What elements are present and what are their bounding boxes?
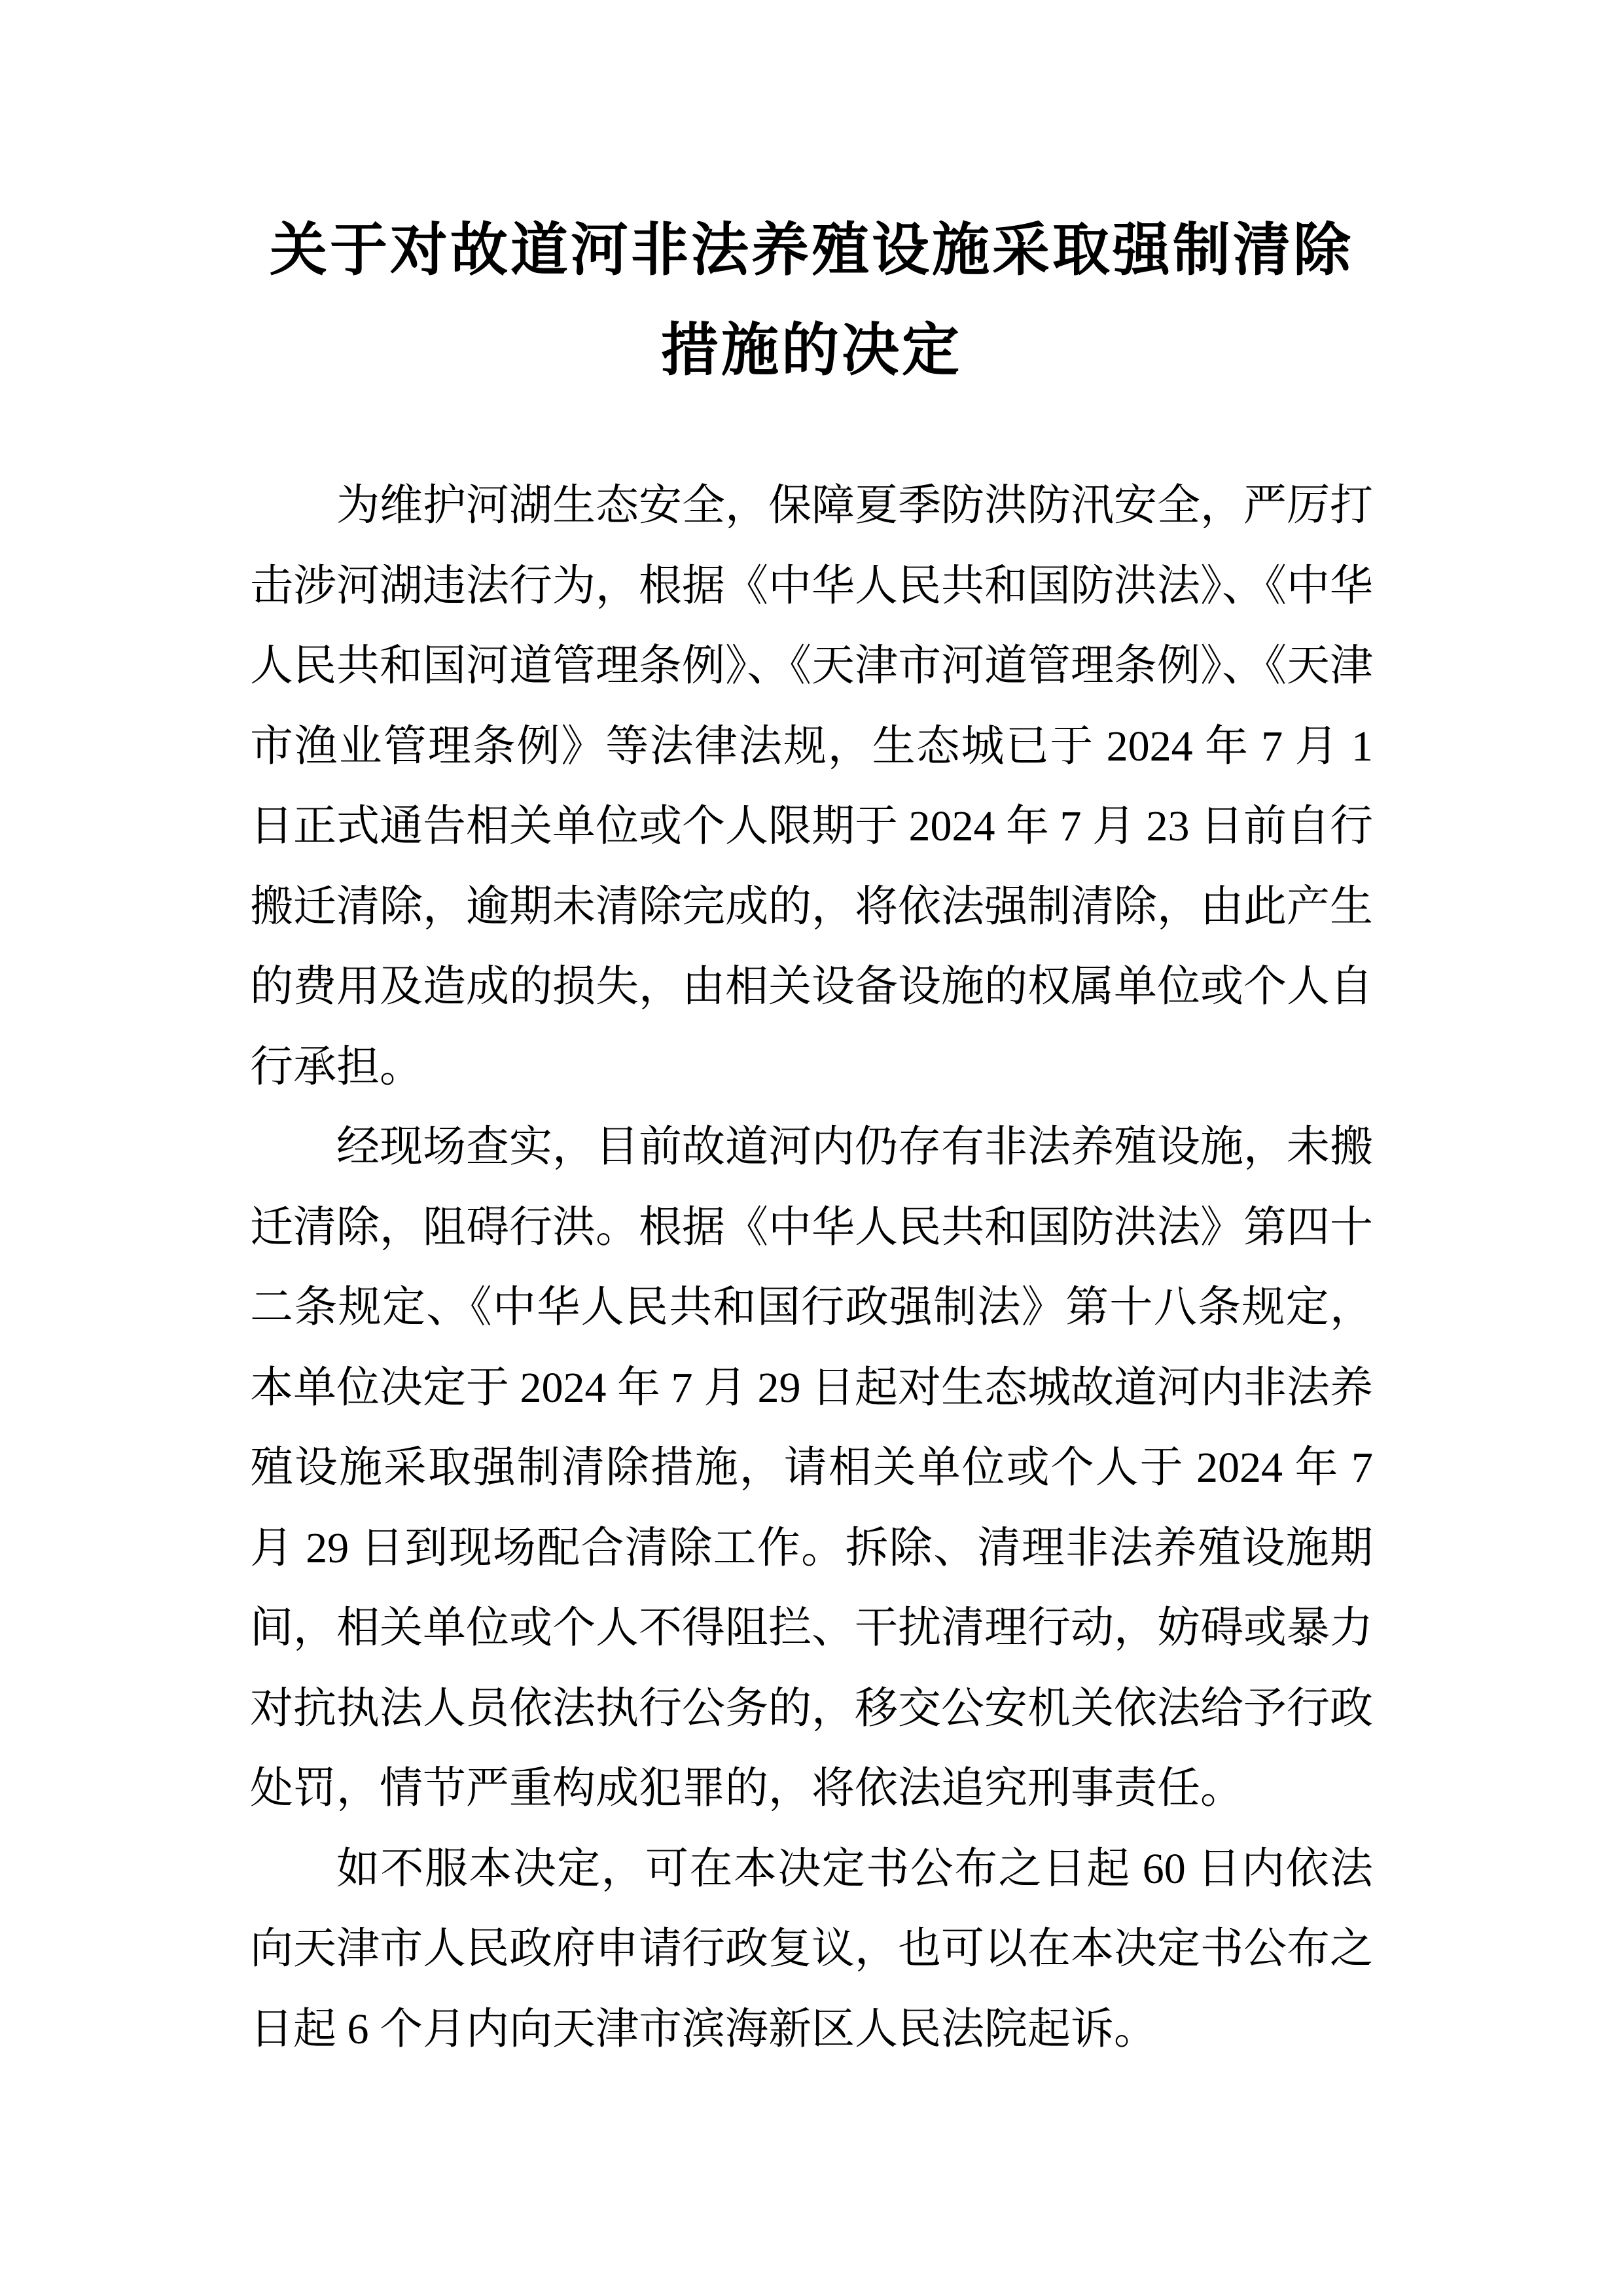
paragraph-remedies: 如不服本决定，可在本决定书公布之日起 60 日内依法向天津市人民政府申请行政复议… [250,1829,1373,2070]
document-page: 关于对故道河非法养殖设施采取强制清除 措施的决定 为维护河湖生态安全，保障夏季防… [0,0,1623,2296]
document-title-line-1: 关于对故道河非法养殖设施采取强制清除 [0,200,1623,300]
document-title: 关于对故道河非法养殖设施采取强制清除 措施的决定 [0,200,1623,400]
paragraph-legal-basis: 为维护河湖生态安全，保障夏季防洪防汛安全，严厉打击涉河湖违法行为，根据《中华人民… [250,466,1373,1107]
document-title-line-2: 措施的决定 [0,300,1623,400]
document-body: 为维护河湖生态安全，保障夏季防洪防汛安全，严厉打击涉河湖违法行为，根据《中华人民… [250,466,1373,2070]
paragraph-decision: 经现场查实，目前故道河内仍存有非法养殖设施，未搬迁清除，阻碍行洪。根据《中华人民… [250,1107,1373,1829]
